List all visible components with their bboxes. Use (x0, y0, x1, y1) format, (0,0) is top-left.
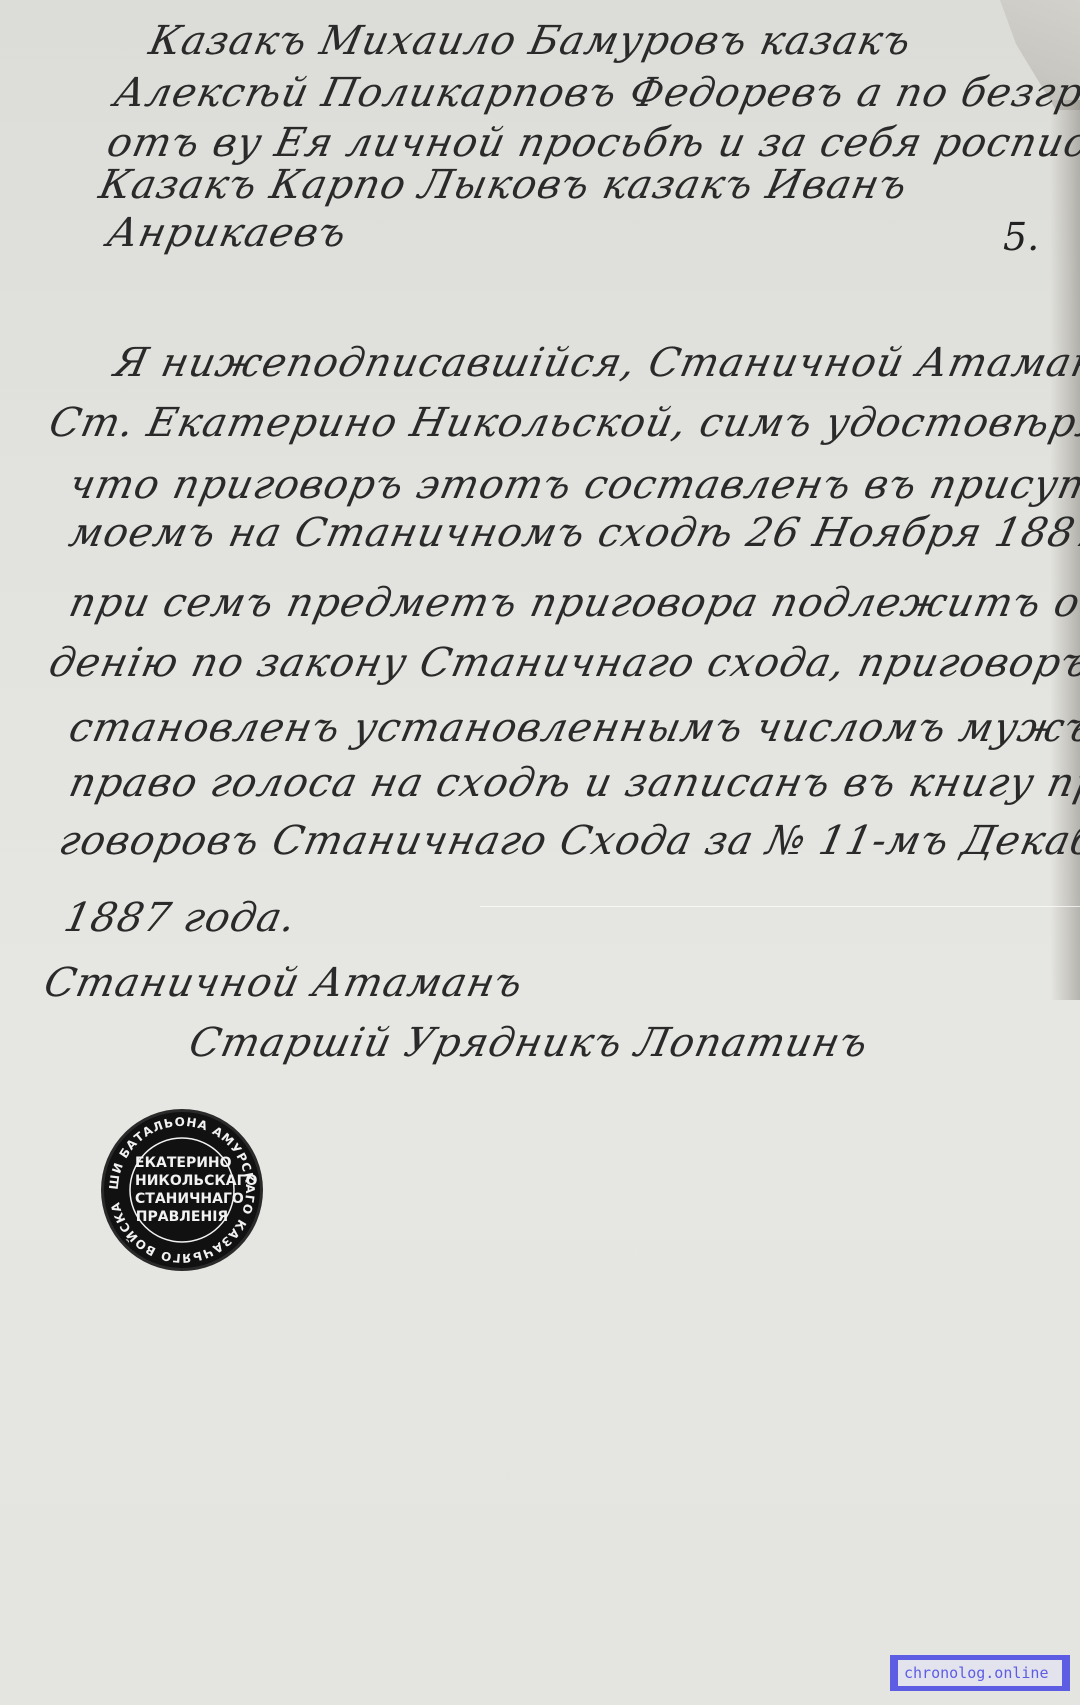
handwritten-line: Анрикаевъ (103, 210, 351, 256)
page-number: 5. (1003, 215, 1039, 259)
official-seal-stamp: ШИ БАТАЛЬОНА АМУРСКАГО КАЗАЧЬЯГО ВОЙСКА … (104, 1112, 260, 1268)
handwritten-line: говоровъ Станичнаго Схода за № 11-мъ Дек… (55, 818, 1080, 864)
seal-line: НИКОЛЬСКАГО (135, 1172, 229, 1190)
handwritten-line: что приговоръ этотъ составленъ въ присут… (65, 462, 1080, 508)
handwritten-line: право голоса на сходѣ и записанъ въ книг… (65, 760, 1080, 806)
handwritten-line: денiю по закону Станичнаго схода, пригов… (45, 640, 1080, 686)
document-page: Казакъ Михаило Бамуровъ казакъ Алексѣй П… (0, 0, 1080, 1705)
handwritten-line: Алексѣй Поликарповъ Федоревъ а по безгр. (110, 70, 1080, 116)
handwritten-line: Казакъ Михаило Бамуровъ казакъ (145, 18, 916, 64)
handwritten-line: отъ ву Ея личной просьбѣ и за себя роспи… (103, 120, 1080, 166)
seal-line: ЕКАТЕРИНО (135, 1154, 229, 1172)
handwritten-line: становленъ установленнымъ числомъ мужъ и… (65, 705, 1080, 751)
handwritten-line: при семъ предметъ приговора подлежитъ об… (65, 580, 1080, 626)
seal-line: СТАНИЧНАГО (135, 1190, 229, 1208)
seal-center-text: ЕКАТЕРИНО НИКОЛЬСКАГО СТАНИЧНАГО ПРАВЛЕН… (135, 1154, 229, 1226)
fold-crease (480, 906, 1080, 907)
watermark-label: chronolog.online (898, 1660, 1062, 1686)
handwritten-line: Казакъ Карпо Лыковъ казакъ Иванъ (95, 162, 912, 208)
handwritten-line: моемъ на Станичномъ сходѣ 26 Ноября 1887… (65, 510, 1080, 556)
signature-name: Старшiй Урядникъ Лопатинъ (185, 1020, 872, 1066)
seal-line: ПРАВЛЕНIЯ (135, 1208, 229, 1226)
signature-title: Станичной Атаманъ (40, 960, 527, 1006)
handwritten-line: Ст. Екатерино Никольской, симъ удостовѣр… (45, 400, 1080, 446)
watermark-badge: chronolog.online (890, 1655, 1070, 1691)
handwritten-line: Я нижеподписавшiйся, Станичной Атаманъ (110, 340, 1080, 386)
handwritten-line: 1887 года. (60, 895, 301, 941)
